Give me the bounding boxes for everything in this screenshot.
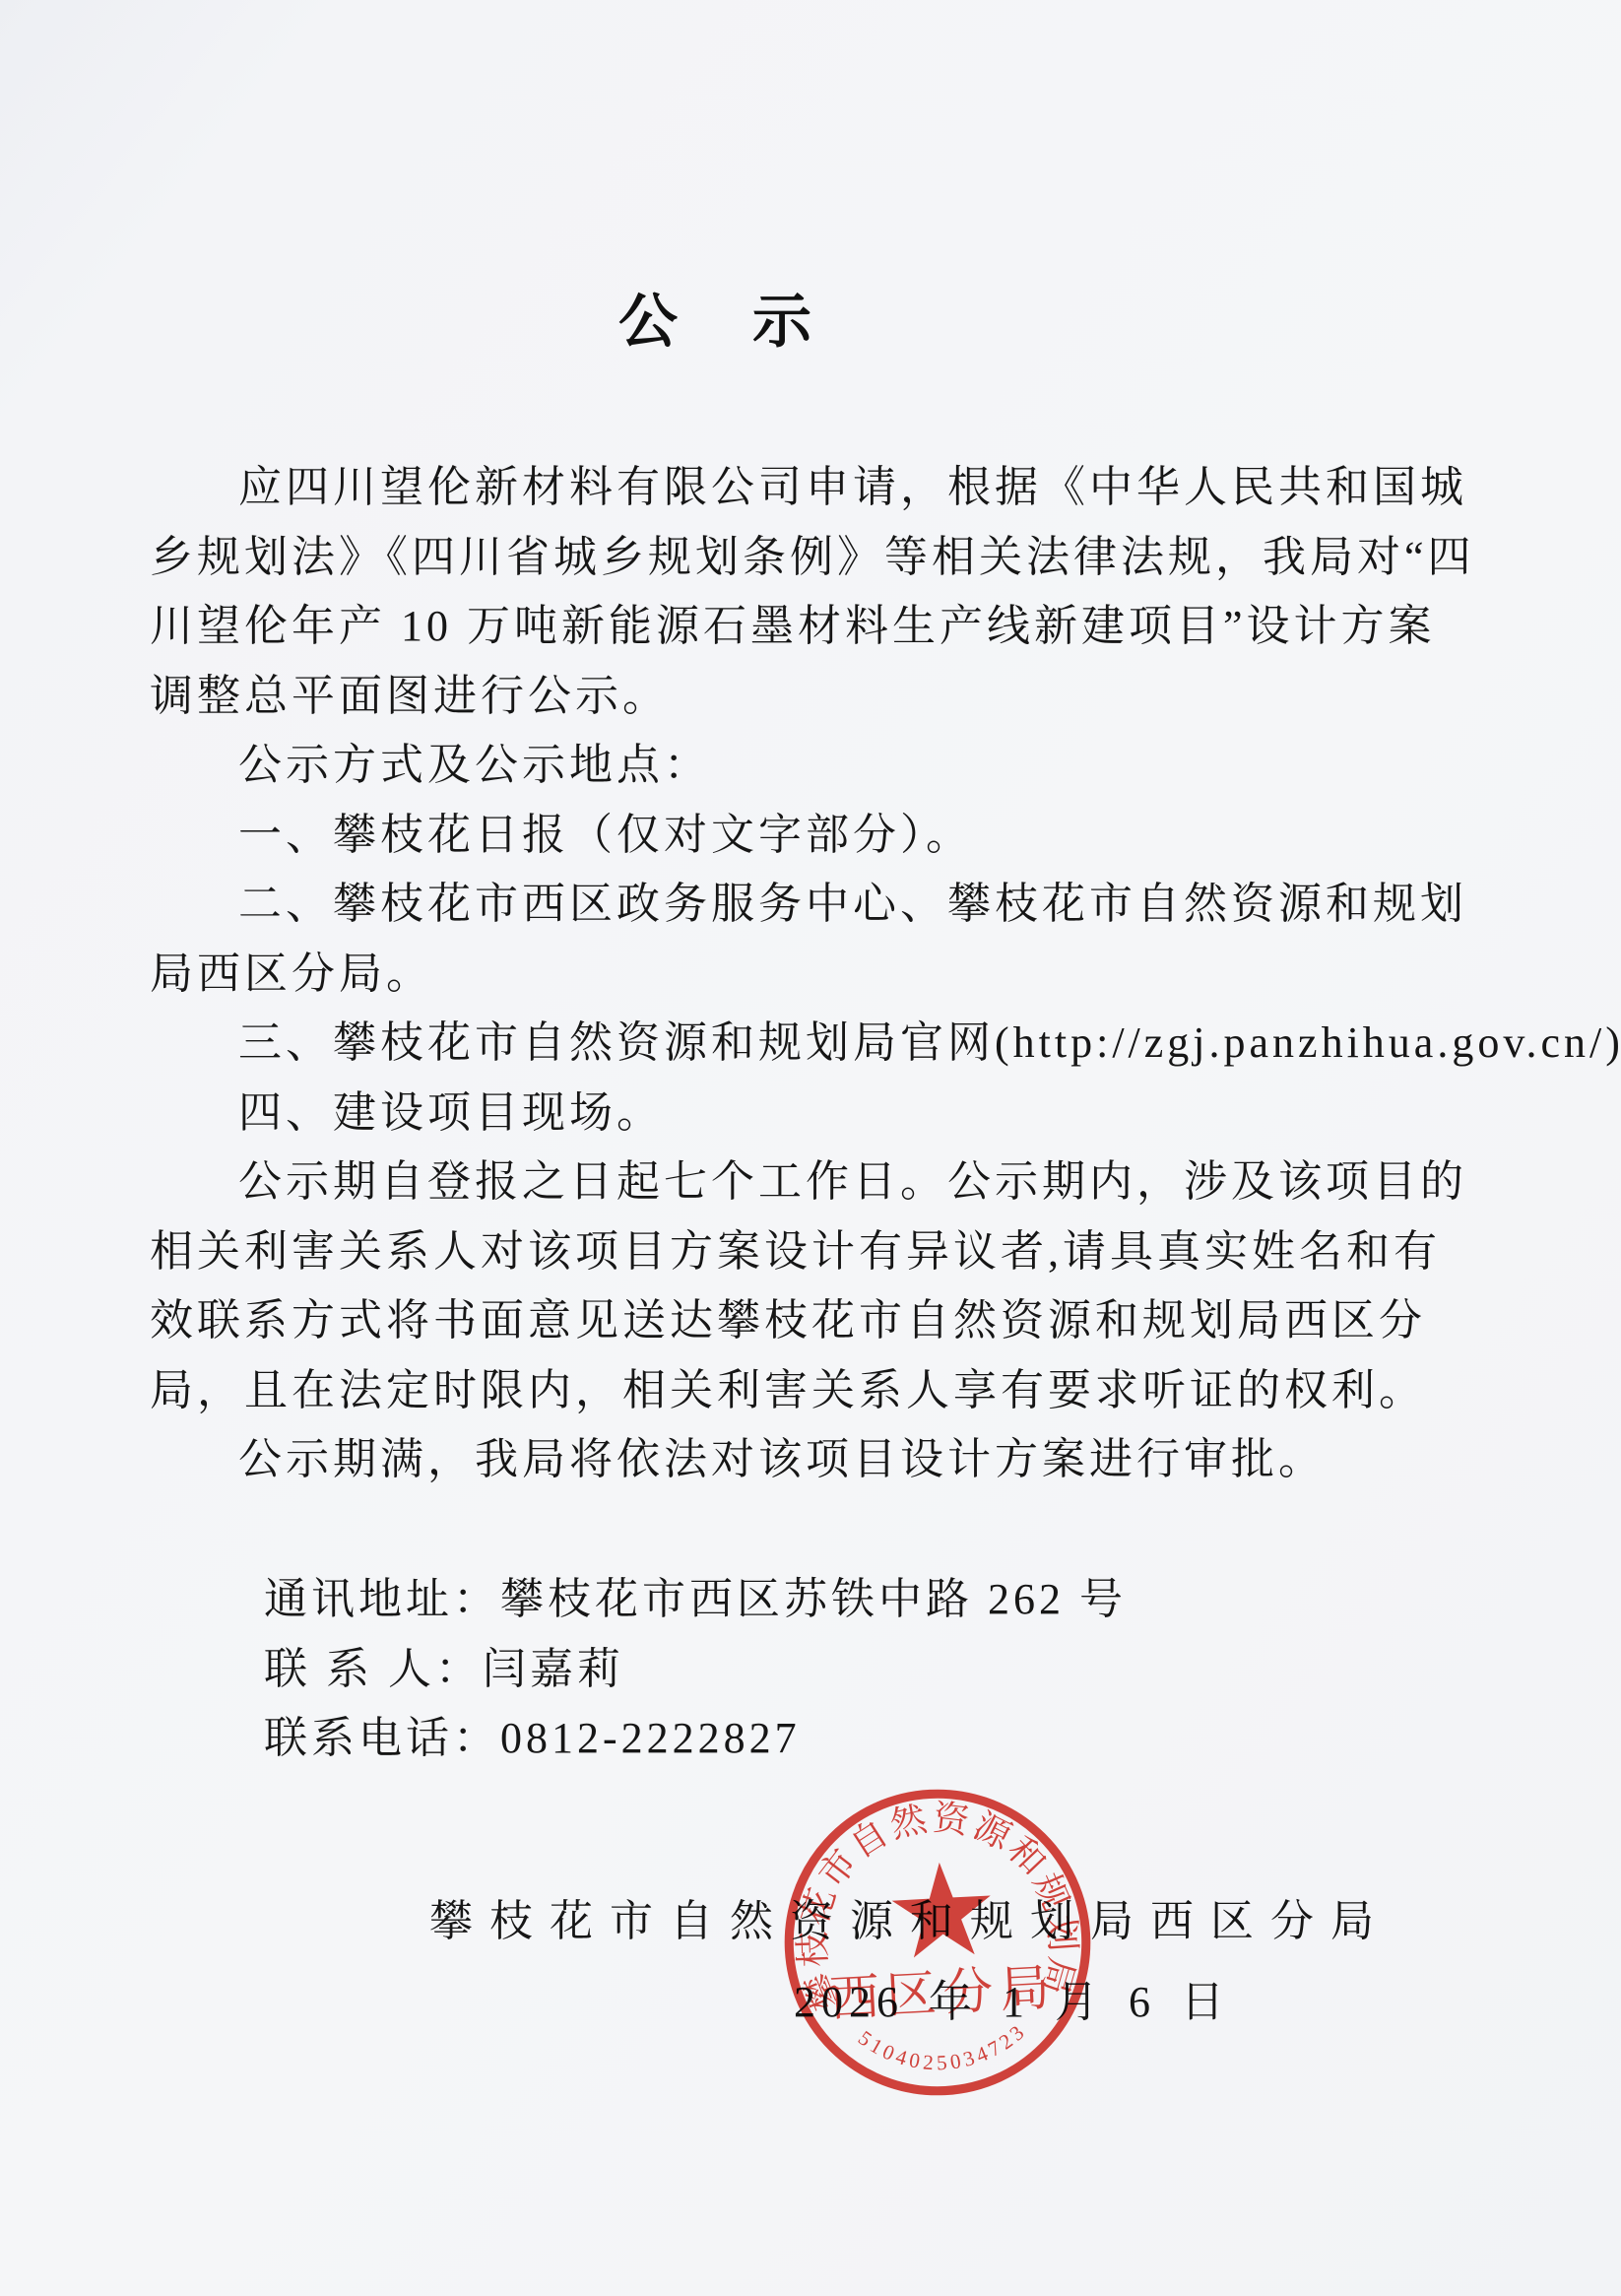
body-line: 乡规划法》《四川省城乡规划条例》等相关法律法规，我局对“四 bbox=[150, 523, 1477, 593]
notice-body: 应四川望伦新材料有限公司申请，根据《中华人民共和国城乡规划法》《四川省城乡规划条… bbox=[150, 453, 1477, 1495]
contact-info: 通讯地址：攀枝花市西区苏铁中路 262 号联 系 人：闫嘉莉联系电话：0812-… bbox=[150, 1565, 1477, 1774]
scanned-notice-page: 公 示 应四川望伦新材料有限公司申请，根据《中华人民共和国城乡规划法》《四川省城… bbox=[0, 0, 1621, 2296]
page-title: 公 示 bbox=[0, 292, 1438, 353]
body-line: 一、攀枝花日报（仅对文字部分）。 bbox=[150, 801, 1477, 871]
seal-star-icon bbox=[890, 1860, 994, 1958]
body-line: 应四川望伦新材料有限公司申请，根据《中华人民共和国城 bbox=[150, 453, 1477, 523]
contact-line: 联系电话：0812-2222827 bbox=[150, 1704, 1477, 1774]
body-line: 公示方式及公示地点： bbox=[150, 731, 1477, 801]
body-line: 调整总平面图进行公示。 bbox=[150, 662, 1477, 732]
body-line: 公示期满，我局将依法对该项目设计方案进行审批。 bbox=[150, 1425, 1477, 1495]
body-line: 四、建设项目现场。 bbox=[150, 1079, 1477, 1148]
contact-line: 通讯地址：攀枝花市西区苏铁中路 262 号 bbox=[150, 1565, 1477, 1635]
body-line: 公示期自登报之日起七个工作日。公示期内，涉及该项目的 bbox=[150, 1148, 1477, 1217]
body-line: 川望伦年产 10 万吨新能源石墨材料生产线新建项目”设计方案 bbox=[150, 592, 1477, 662]
body-line: 效联系方式将书面意见送达攀枝花市自然资源和规划局西区分 bbox=[150, 1286, 1477, 1356]
contact-line: 联 系 人：闫嘉莉 bbox=[150, 1635, 1477, 1705]
body-line: 二、攀枝花市西区政务服务中心、攀枝花市自然资源和规划 bbox=[150, 870, 1477, 940]
seal-banner-text: 西区分局 bbox=[828, 1960, 1058, 2027]
body-line: 局，且在法定时限内，相关利害关系人享有要求听证的权利。 bbox=[150, 1356, 1477, 1426]
official-red-seal: 攀枝花市自然资源和规划局 西区分局 5104025034723 bbox=[759, 1764, 1116, 2121]
body-line: 三、攀枝花市自然资源和规划局官网(http://zgj.panzhihua.go… bbox=[150, 1009, 1477, 1079]
body-line: 局西区分局。 bbox=[150, 940, 1477, 1010]
body-line: 相关利害关系人对该项目方案设计有异议者,请具真实姓名和有 bbox=[150, 1217, 1477, 1287]
